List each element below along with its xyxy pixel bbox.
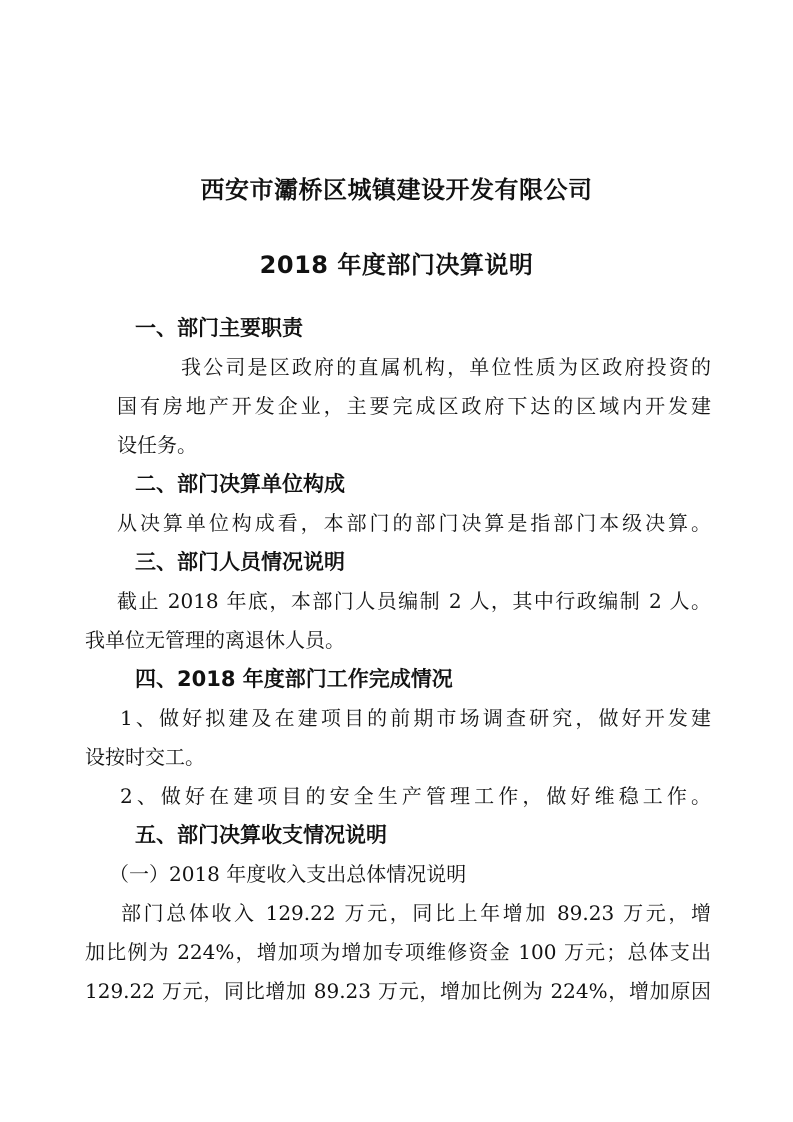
section-heading-3: 三、部门人员情况说明 [85,543,711,582]
text-line: 129.22 万元，同比增加 89.23 万元，增加比例为 224%，增加原因 [85,972,711,1011]
text-line: 2、做好在建项目的安全生产管理工作，做好维稳工作。 [85,777,711,816]
text-line: 加比例为 224%，增加项为增加专项维修资金 100 万元；总体支出 [85,933,711,972]
text-line: 1、做好拟建及在建项目的前期市场调查研究，做好开发建 [85,699,711,738]
text-line: 截止 2018 年底，本部门人员编制 2 人，其中行政编制 2 人。 [85,582,711,621]
document-body: 一、部门主要职责 我公司是区政府的直属机构，单位性质为区政府投资的 国有房地产开… [85,309,711,1011]
text-line: 我单位无管理的离退休人员。 [85,621,711,660]
document-title: 西安市灞桥区城镇建设开发有限公司 [0,176,793,204]
text-line: 设任务。 [85,426,711,465]
section-heading-5: 五、部门决算收支情况说明 [85,816,711,855]
text-line: （一）2018 年度收入支出总体情况说明 [85,855,711,894]
section-heading-1: 一、部门主要职责 [85,309,711,348]
document-page: 西安市灞桥区城镇建设开发有限公司 2018 年度部门决算说明 一、部门主要职责 … [0,0,793,1122]
document-subtitle: 2018 年度部门决算说明 [0,251,793,279]
section-heading-2: 二、部门决算单位构成 [85,465,711,504]
text-line: 设按时交工。 [85,738,711,777]
text-line: 部门总体收入 129.22 万元，同比上年增加 89.23 万元，增 [85,894,711,933]
section-heading-4: 四、2018 年度部门工作完成情况 [85,660,711,699]
text-line: 我公司是区政府的直属机构，单位性质为区政府投资的 [85,348,711,387]
text-line: 国有房地产开发企业，主要完成区政府下达的区域内开发建 [85,387,711,426]
text-line: 从决算单位构成看，本部门的部门决算是指部门本级决算。 [85,504,711,543]
